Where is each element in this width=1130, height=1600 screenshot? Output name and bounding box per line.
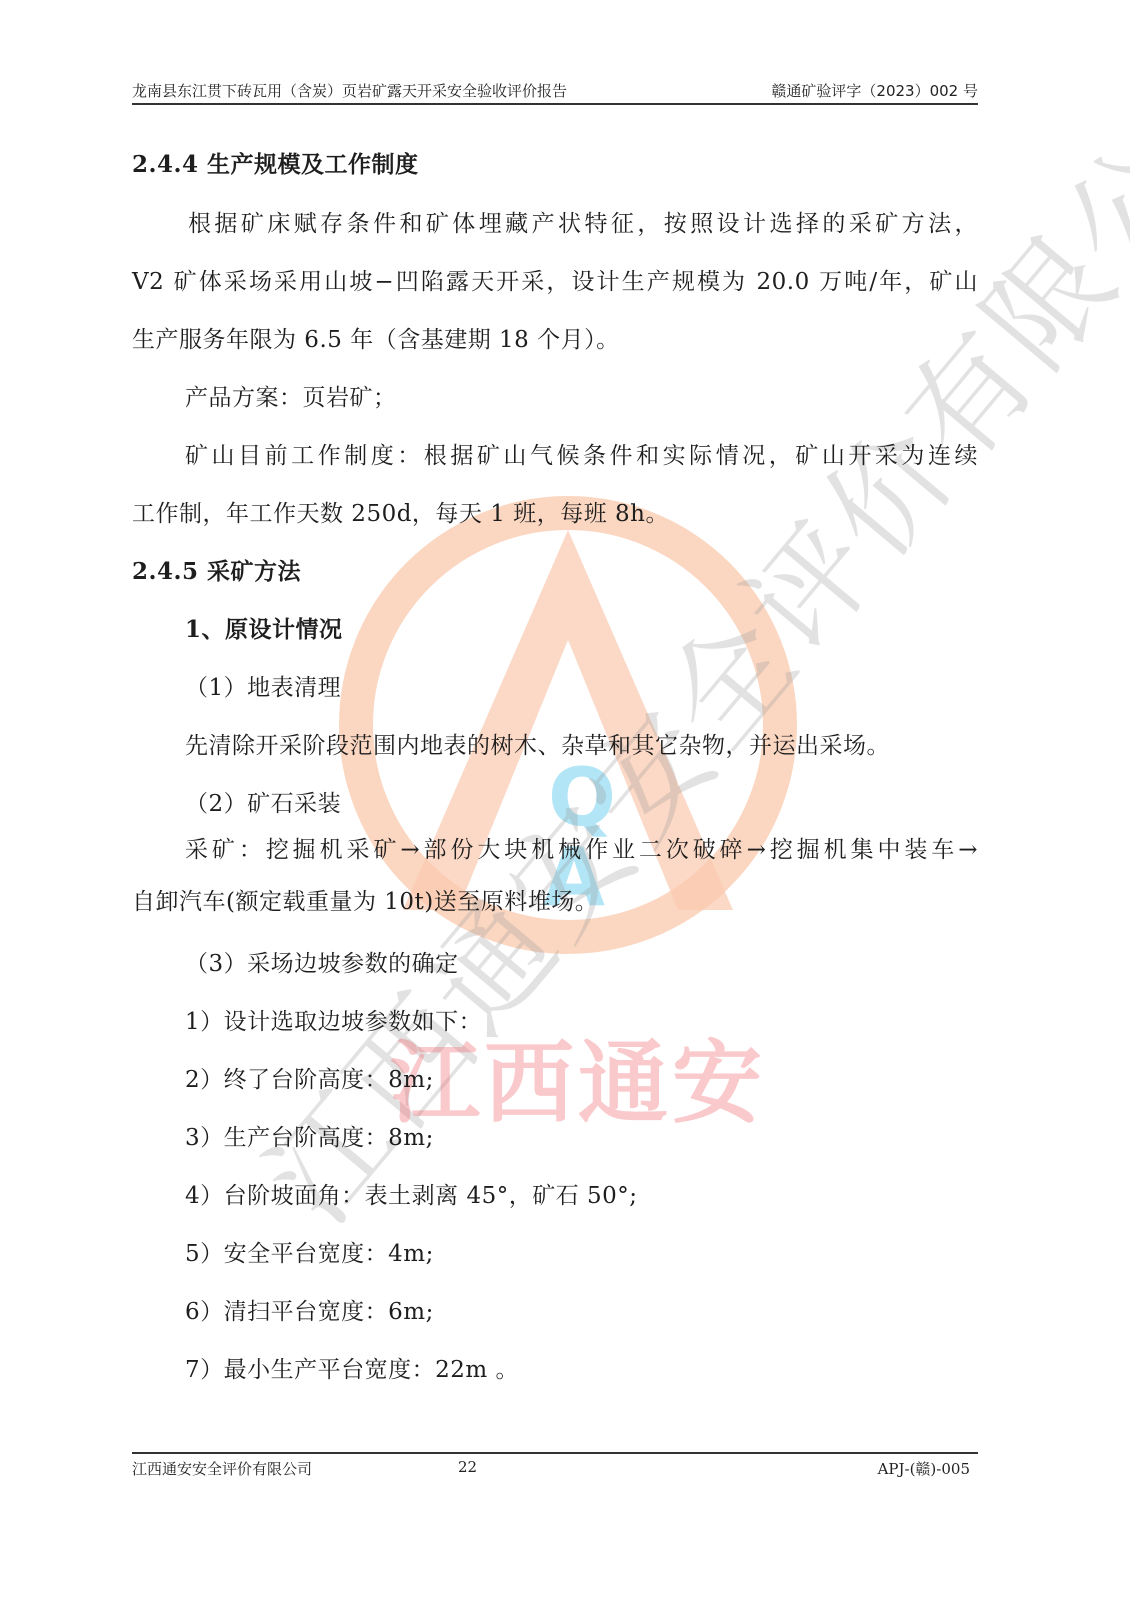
product-plan: 产品方案：页岩矿； (185, 379, 397, 412)
param-item: 5）安全平台宽度：4m; (185, 1235, 434, 1268)
subsection-heading: 1、原设计情况 (185, 611, 343, 644)
param-item: 3）生产台阶高度：8m; (185, 1119, 434, 1152)
page-number: 22 (458, 1458, 477, 1476)
item-title: （1）地表清理 (185, 669, 341, 702)
paragraph-line: 工作制，年工作天数 250d，每天 1 班，每班 8h。 (132, 495, 669, 528)
paragraph-line: 生产服务年限为 6.5 年（含基建期 18 个月）。 (132, 321, 620, 354)
item-text: 自卸汽车(额定载重量为 10t)送至原料堆场。 (132, 883, 598, 916)
item-title: （2）矿石采装 (185, 785, 341, 818)
param-item: 1）设计选取边坡参数如下： (185, 1003, 482, 1036)
item-text: 采矿：挖掘机采矿→部份大块机械作业二次破碎→挖掘机集中装车→ (185, 831, 978, 864)
param-item: 2）终了台阶高度：8m; (185, 1061, 434, 1094)
document-number: 赣通矿验评字（2023）002 号 (771, 80, 978, 101)
item-title: （3）采场边坡参数的确定 (185, 945, 459, 978)
paragraph-line: 根据矿床赋存条件和矿体埋藏产状特征，按照设计选择的采矿方法， (188, 205, 978, 238)
header-divider (132, 103, 978, 105)
footer-company: 江西通安安全评价有限公司 (132, 1458, 312, 1479)
paragraph-line: V2 矿体采场采用山坡−凹陷露天开采，设计生产规模为 20.0 万吨/年，矿山 (132, 263, 978, 296)
section-heading-2-4-4: 2.4.4 生产规模及工作制度 (132, 146, 419, 179)
report-title: 龙南县东江贯下砖瓦用（含炭）页岩矿露天开采安全验收评价报告 (132, 80, 567, 101)
section-heading-2-4-5: 2.4.5 采矿方法 (132, 553, 301, 586)
paragraph-line: 矿山目前工作制度：根据矿山气候条件和实际情况，矿山开采为连续 (185, 437, 978, 470)
footer-divider (132, 1452, 978, 1454)
param-item: 6）清扫平台宽度：6m; (185, 1293, 434, 1326)
param-item: 7）最小生产平台宽度：22m 。 (185, 1351, 519, 1384)
form-code: APJ-(赣)-005 (878, 1458, 970, 1479)
document-page: Q A 江西通安安全评价有限公司 江西通安 龙南县东江贯下砖瓦用（含炭）页岩矿露… (0, 0, 1130, 1600)
item-text: 先清除开采阶段范围内地表的树木、杂草和其它杂物，并运出采场。 (185, 727, 890, 760)
param-item: 4）台阶坡面角：表土剥离 45°，矿石 50°; (185, 1177, 638, 1210)
page-header: 龙南县东江贯下砖瓦用（含炭）页岩矿露天开采安全验收评价报告 赣通矿验评字（202… (132, 80, 978, 104)
